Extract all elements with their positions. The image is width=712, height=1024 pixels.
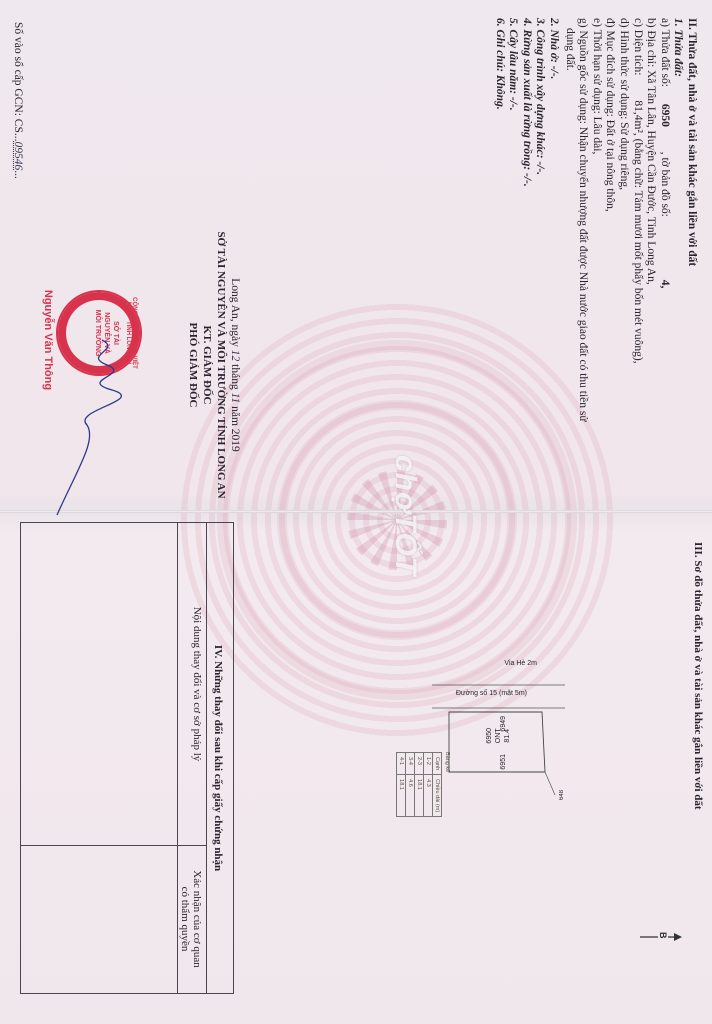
parcel-label: 6950 ONT 81.4 — [485, 728, 512, 744]
item-notes: 6. Ghi chú: Không. — [492, 18, 506, 498]
neighbor-bottom: 6951 — [500, 754, 507, 770]
issue-date: Long An, ngày 12 tháng 11 năm 2019 — [228, 230, 242, 500]
chotot-watermark: chợTỐT — [388, 455, 422, 576]
section-4-title: IV. Những thay đổi sau khi cấp giấy chứn… — [206, 523, 233, 993]
item-other-construction: 3. Công trình xây dựng khác: -/-. — [533, 18, 547, 498]
signer-name: Nguyễn Văn Thông — [42, 275, 54, 405]
handwritten-signature-icon — [52, 330, 132, 520]
registry-number: Số vào sổ cấp GCN: CS...09546... — [12, 22, 24, 179]
usage-origin-cont: dụng đất. — [562, 18, 576, 498]
table-row: 3-44.6 — [406, 753, 415, 817]
authority-confirmation-header: Xác nhận của cơ quan có thẩm quyền — [177, 845, 207, 993]
item-perennial-trees: 5. Cây lâu năm: -/-. — [506, 18, 520, 498]
table-row: 4-118.1 — [397, 753, 406, 817]
item-production-forest: 4. Rừng sản xuất là rừng trồng: -/-. — [519, 18, 533, 498]
land-certificate-spread: II. Thửa đất, nhà ở và tài sản khác gắn … — [0, 0, 712, 1024]
north-arrow: B — [635, 930, 682, 944]
changes-content-column: Nội dung thay đổi và cơ sở pháp lý — [21, 523, 207, 846]
usage-origin-row: g) Nguồn gốc sử dụng: Nhận chuyển nhượng… — [576, 18, 590, 498]
signer-role-1: KT. GIÁM ĐỐC — [200, 230, 214, 500]
table-row: 1-24.3 — [424, 753, 433, 817]
item-house: 2. Nhà ở: -/-. — [546, 18, 560, 498]
parcel-number: 6950 — [659, 104, 671, 127]
road-label: Đường số 15 (mặt 5m) — [456, 690, 527, 697]
area-row: c) Diện tích: 81,4m², (bằng chữ: Tám mươ… — [630, 18, 644, 498]
section-2-title: II. Thửa đất, nhà ở và tài sản khác gắn … — [684, 18, 698, 498]
map-sheet-number: 4, — [659, 280, 671, 289]
changes-content-header: Nội dung thay đổi và cơ sở pháp lý — [177, 523, 207, 845]
usage-term-row: e) Thời hạn sử dụng: Lâu dài, — [589, 18, 603, 498]
edge-length-table: Bảng kê Cạnh Chiều dài (m) 1-24.3 2-318.… — [396, 752, 450, 817]
usage-form-row: d) Hình thức sử dụng: Sử dụng riêng, — [616, 18, 630, 498]
address-row: b) Địa chỉ: Xã Tân Lân, Huyện Cần Đước, … — [644, 18, 658, 498]
parcel-number-row: a) Thửa đất số: 6950 , tờ bản đồ số: 4, — [657, 18, 671, 498]
table-header: Cạnh Chiều dài (m) — [433, 753, 442, 817]
other-assets-list: 2. Nhà ở: -/-. 3. Công trình xây dựng kh… — [492, 18, 560, 498]
area-value: 81,4m², (bằng chữ: Tám mươi mốt phẩy bốn… — [632, 100, 644, 363]
signer-role-2: PHÓ GIÁM ĐỐC — [186, 230, 200, 500]
issuing-authority: SỞ TÀI NGUYÊN VÀ MÔI TRƯỜNG TỈNH LONG AN — [214, 230, 228, 500]
section-4-changes-table: IV. Những thay đổi sau khi cấp giấy chứn… — [20, 522, 234, 994]
authority-confirmation-column: Xác nhận của cơ quan có thẩm quyền — [21, 845, 207, 993]
sidewalk-label: Vỉa Hè 2m — [504, 660, 537, 667]
signature-block: Long An, ngày 12 tháng 11 năm 2019 SỞ TÀ… — [186, 230, 242, 500]
usage-purpose-row: đ) Mục đích sử dụng: Đất ở tại nông thôn… — [603, 18, 617, 498]
table-row: 2-318.1 — [415, 753, 424, 817]
land-parcel-heading: 1. Thửa đất: — [671, 18, 685, 498]
neighbor-right: 648 — [559, 790, 565, 800]
section-3-title: III. Sơ đồ thửa đất, nhà ở và tài sản kh… — [692, 542, 704, 810]
section-2-land-info: II. Thửa đất, nhà ở và tài sản khác gắn … — [492, 18, 698, 498]
